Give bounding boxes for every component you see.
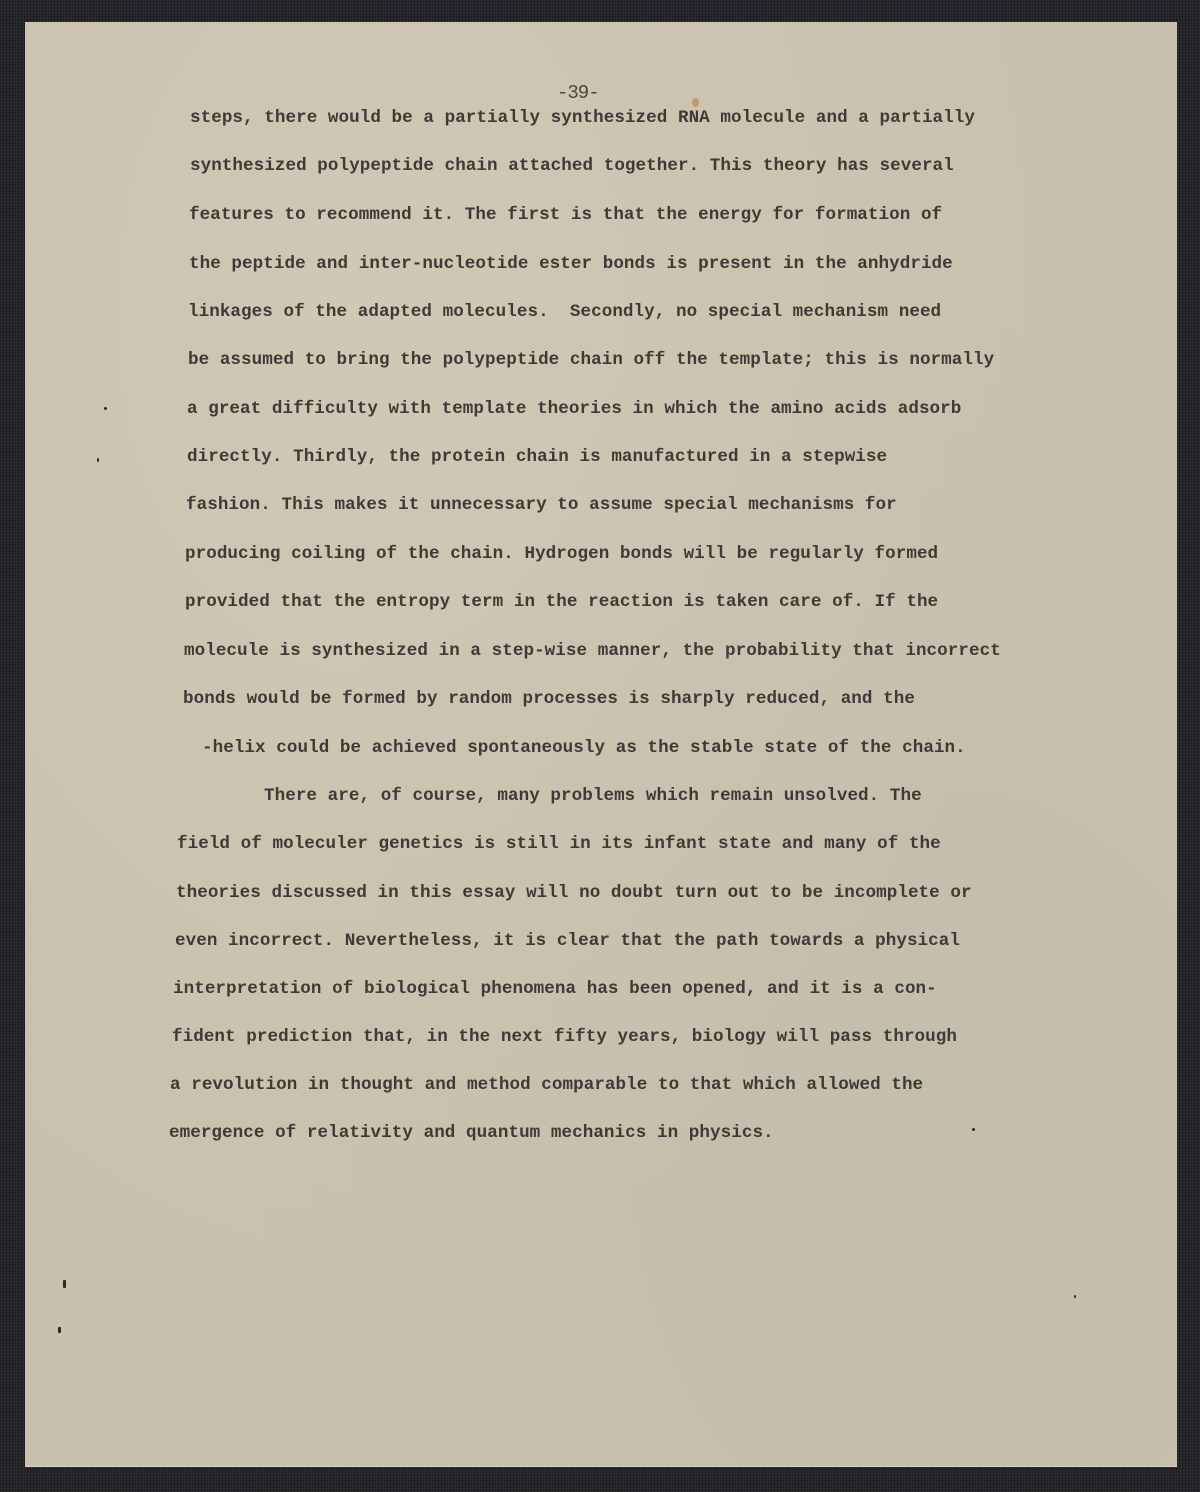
text-line: the peptide and inter-nucleotide ester b… (189, 254, 953, 274)
paper-damage-mark (63, 1280, 66, 1288)
text-line: producing coiling of the chain. Hydrogen… (185, 544, 938, 564)
text-line: field of moleculer genetics is still in … (177, 834, 941, 854)
text-line: directly. Thirdly, the protein chain is … (187, 447, 887, 467)
text-line: fident prediction that, in the next fift… (172, 1027, 957, 1047)
paper-speck (972, 1128, 975, 1131)
text-line: provided that the entropy term in the re… (185, 592, 938, 612)
text-line: features to recommend it. The first is t… (189, 205, 942, 225)
text-line: emergence of relativity and quantum mech… (169, 1123, 774, 1143)
text-line: a great difficulty with template theorie… (187, 399, 961, 419)
text-line: There are, of course, many problems whic… (264, 786, 922, 806)
paper-damage-mark (58, 1327, 61, 1333)
paper-speck (1074, 1295, 1076, 1298)
text-line: fashion. This makes it unnecessary to as… (186, 495, 897, 515)
text-line: steps, there would be a partially synthe… (190, 108, 975, 128)
document-body: steps, there would be a partially synthe… (25, 22, 1177, 1466)
text-line: theories discussed in this essay will no… (176, 883, 972, 903)
text-line: a revolution in thought and method compa… (170, 1075, 923, 1095)
text-line: interpretation of biological phenomena h… (173, 979, 937, 999)
text-line: bonds would be formed by random processe… (183, 689, 915, 709)
text-line: -helix could be achieved spontaneously a… (202, 738, 966, 758)
paper-speck (97, 458, 99, 462)
text-line: be assumed to bring the polypeptide chai… (188, 350, 994, 370)
text-line: even incorrect. Nevertheless, it is clea… (175, 931, 960, 951)
text-line: linkages of the adapted molecules. Secon… (188, 302, 941, 322)
text-line: synthesized polypeptide chain attached t… (190, 156, 954, 176)
typewritten-page: -39- steps, there would be a partially s… (25, 22, 1177, 1466)
text-line: molecule is synthesized in a step-wise m… (184, 641, 1001, 661)
paper-speck (104, 407, 107, 410)
